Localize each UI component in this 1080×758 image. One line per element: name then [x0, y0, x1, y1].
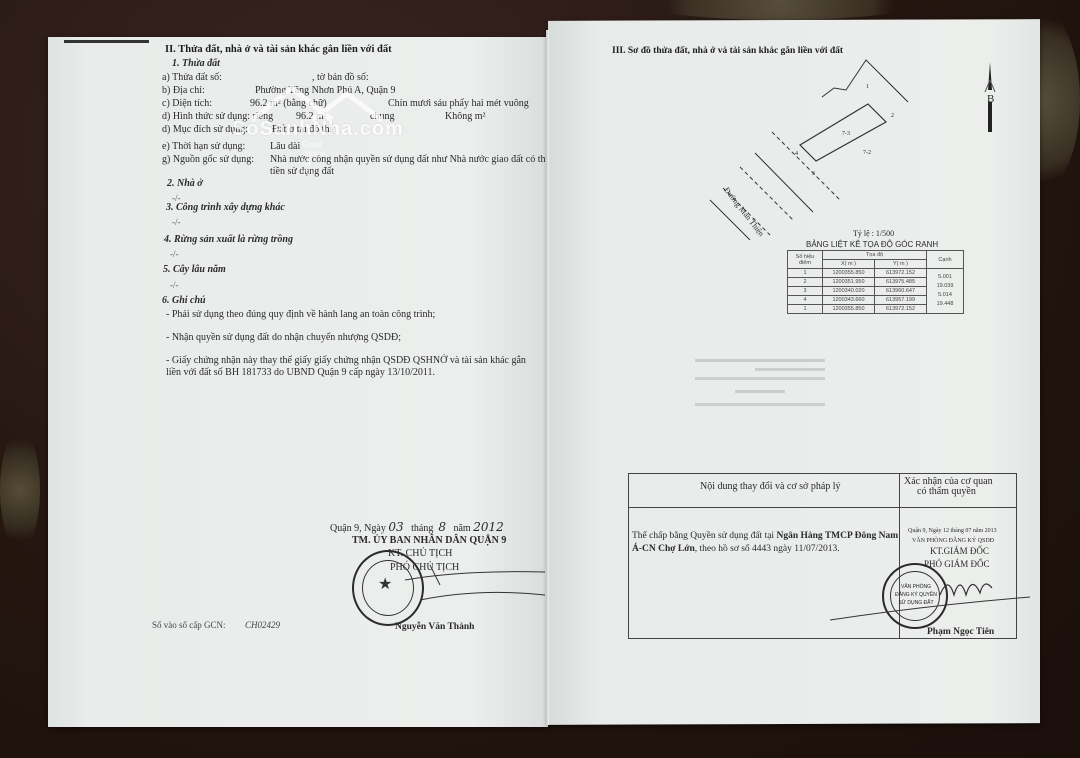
house-heading: 2. Nhà ở [167, 178, 203, 190]
point-label-2: 2 [891, 110, 894, 122]
date-year: 2012 [473, 520, 504, 534]
north-label: B [987, 93, 994, 105]
col-header-edge: Cạnh [927, 251, 964, 269]
confirm-signer: Phạm Ngọc Tiên [927, 626, 994, 638]
decorative-bar [64, 40, 149, 43]
field-address-label: b) Địa chỉ: [162, 85, 205, 97]
edge-value: 5.001 [930, 273, 960, 282]
note-item: - Phải sử dụng theo đúng quy định về hàn… [166, 309, 435, 321]
confirm-title1: KT.GIÁM ĐỐC [930, 545, 989, 557]
field-area-label: c) Diện tích: [162, 98, 212, 110]
changes-col2-header-line2: có thẩm quyền [917, 486, 976, 498]
forest-heading: 4. Rừng sản xuất là rừng trồng [164, 234, 293, 246]
note-item: - Giấy chứng nhận này thay thế giấy giấy… [166, 355, 526, 367]
col-header-x: X( m ) [823, 260, 875, 269]
sign-date: Quận 9, Ngày 03 tháng 8 năm 2012 [330, 521, 504, 535]
note-item: liền với đất số BH 181733 do UBND Quận 9… [166, 367, 435, 379]
parcel-label: 7-3 [842, 128, 850, 140]
registry-value: CH02429 [245, 619, 280, 631]
cell-edges: 5.001 19.039 5.014 19.448 [927, 269, 964, 314]
parcel-map [690, 50, 930, 240]
field-parcel-no-label: a) Thửa đất số: [162, 72, 222, 84]
cell-y: 613972.152 [875, 269, 927, 278]
edge-value: 5.014 [930, 291, 960, 300]
cell-x: 1200340.020 [823, 287, 875, 296]
parcel-heading: 1. Thửa đất [172, 58, 220, 70]
registry-label: Số vào sổ cấp GCN: [152, 619, 226, 631]
changes-col1-header: Nội dung thay đổi và cơ sở pháp lý [700, 481, 841, 493]
cell-point: 4 [788, 296, 823, 305]
point-label-4: 4 [795, 148, 798, 160]
field-term-label: e) Thời hạn sử dụng: [162, 141, 245, 153]
field-term-value: Lâu dài [270, 141, 300, 153]
star-icon: ★ [378, 574, 392, 594]
cell-point: 1 [788, 305, 823, 314]
col-header-y: Y( m ) [875, 260, 927, 269]
signer-name: Nguyễn Văn Thành [395, 621, 474, 633]
cell-x: 1200355.850 [823, 305, 875, 314]
tablecloth-pattern [630, 0, 930, 20]
cell-y: 613975.485 [875, 278, 927, 287]
bank-branch: Á-CN Chợ Lớn [632, 544, 695, 554]
house-logo-icon [252, 82, 392, 122]
sign-org: TM. ỦY BAN NHÂN DÂN QUẬN 9 [352, 535, 506, 547]
month-label: tháng [411, 523, 433, 534]
cell-point: 2 [788, 278, 823, 287]
other-works-heading: 3. Công trình xây dựng khác [166, 202, 285, 214]
tablecloth-pattern [0, 430, 40, 550]
field-usage-shared-value: Không m² [445, 111, 486, 123]
page-fold [546, 30, 549, 725]
cell-y: 613972.152 [875, 305, 927, 314]
neighbor-parcel-label: 7-2 [863, 147, 871, 159]
edge-value: 19.448 [930, 300, 960, 309]
faded-bleedthrough-text [695, 355, 825, 425]
watermark-brand: SoSanhNha.com [232, 118, 404, 141]
signature-stroke [830, 565, 1030, 635]
other-works-value: -/- [172, 216, 181, 228]
cell-x: 1200343.660 [823, 296, 875, 305]
cell-y: 613957.199 [875, 296, 927, 305]
date-prefix: Quận 9, Ngày [330, 523, 386, 534]
section-ii-title: II. Thửa đất, nhà ở và tài sản khác gắn … [165, 44, 392, 56]
cell-x: 1200355.850 [823, 269, 875, 278]
change-content-line1: Thế chấp bằng Quyền sử dụng đất tại Ngân… [632, 530, 898, 542]
field-area-words: Chín mươi sáu phẩy hai mét vuông [388, 98, 529, 110]
col-header-coords: Tọa độ [823, 251, 927, 260]
field-origin-label: g) Nguồn gốc sử dụng: [162, 154, 254, 166]
change-content-suffix: , theo hồ sơ số 4443 ngày 11/07/2013. [695, 544, 840, 554]
perennial-heading: 5. Cây lâu năm [163, 264, 226, 276]
table-row: 1 1200355.850 613972.152 5.001 19.039 5.… [788, 269, 964, 278]
cell-y: 613960.647 [875, 287, 927, 296]
year-label: năm [453, 523, 470, 534]
cell-point: 1 [788, 269, 823, 278]
point-label-1: 1 [866, 81, 869, 93]
signature-stroke [400, 560, 550, 610]
row-divider [629, 507, 1016, 508]
notes-heading: 6. Ghi chú [162, 295, 206, 307]
cell-point: 3 [788, 287, 823, 296]
forest-value: -/- [170, 248, 179, 260]
edge-value: 19.039 [930, 282, 960, 291]
col-header-point: Số hiệu điểm [788, 251, 823, 269]
date-month: 8 [438, 520, 446, 534]
note-item: - Nhận quyền sử dụng đất do nhận chuyển … [166, 332, 401, 344]
cell-x: 1200351.950 [823, 278, 875, 287]
date-day: 03 [388, 520, 403, 534]
change-content-line2: Á-CN Chợ Lớn, theo hồ sơ số 4443 ngày 11… [632, 543, 840, 555]
perennial-value: -/- [170, 279, 179, 291]
watermark-tagline: Great choice for you [302, 140, 325, 176]
coordinate-table: Số hiệu điểm Tọa độ Cạnh X( m ) Y( m ) 1… [787, 250, 964, 314]
bank-name: Ngân Hàng TMCP Đông Nam [776, 531, 898, 541]
point-label-3: 3 [812, 168, 815, 180]
change-content-prefix: Thế chấp bằng Quyền sử dụng đất tại [632, 531, 776, 541]
